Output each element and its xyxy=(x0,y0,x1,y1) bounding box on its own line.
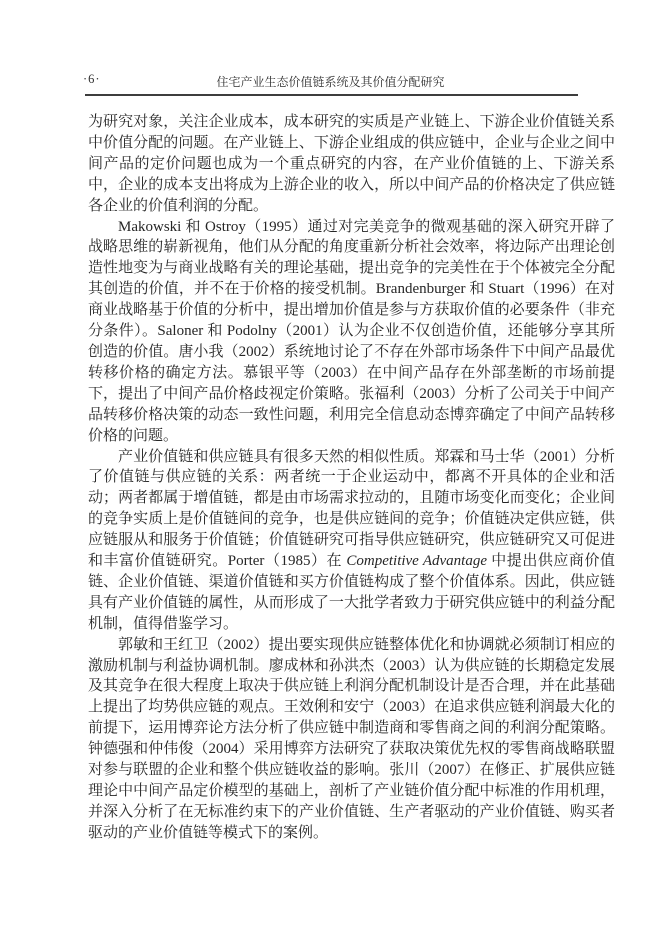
paragraph: Makowski 和 Ostroy（1995）通过对完美竞争的微观基础的深入研究… xyxy=(88,217,615,447)
paragraph: 产业价值链和供应链具有很多天然的相似性质。郑霖和马士华（2001）分析了价值链与… xyxy=(88,447,615,635)
body-text-block: 为研究对象，关注企业成本，成本研究的实质是产业链上、下游企业价值链关系中价值分配… xyxy=(88,112,615,844)
paragraph-continuation: 为研究对象，关注企业成本，成本研究的实质是产业链上、下游企业价值链关系中价值分配… xyxy=(88,112,615,217)
paragraph-text: 产业价值链和供应链具有很多天然的相似性质。郑霖和马士华（2001）分析了价值链与… xyxy=(88,449,615,570)
running-title: 住宅产业生态价值链系统及其价值分配研究 xyxy=(0,73,661,90)
paragraph: 郭敏和王红卫（2002）提出要实现供应链整体优化和协调就必须制订相应的激励机制与… xyxy=(88,635,615,844)
document-page: ·6· 住宅产业生态价值链系统及其价值分配研究 为研究对象，关注企业成本，成本研… xyxy=(0,0,661,925)
header-rule xyxy=(85,94,578,96)
book-title-italic: Competitive Advantage xyxy=(346,553,487,569)
